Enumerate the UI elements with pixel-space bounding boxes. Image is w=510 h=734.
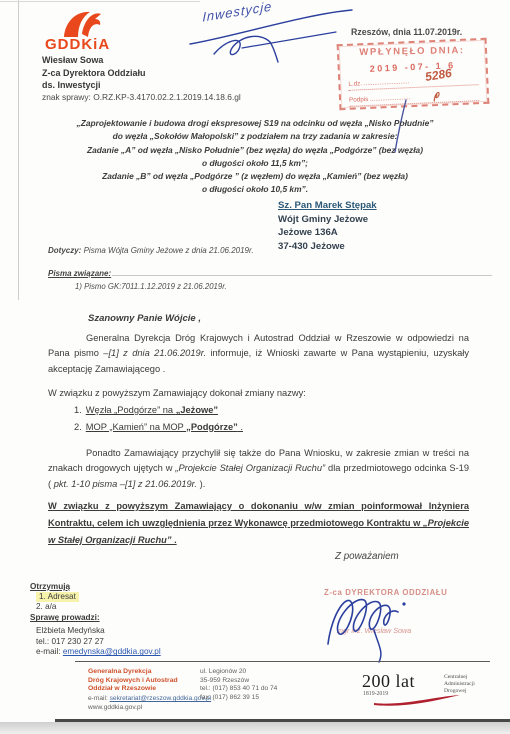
stamp-date: 2019 -07- 1 6 (340, 59, 486, 75)
addressee-city: 37-430 Jeżowe (278, 240, 377, 254)
footer-website: www.gddkia.gov.pl (88, 704, 211, 713)
subject-line: Zadanie „A” od węzła „Nisko Południe” (b… (25, 144, 485, 157)
anniversary-200lat: 200 lat (362, 671, 415, 692)
sender-block: Wiesław Sowa Z-ca Dyrektora Oddziału ds.… (42, 54, 146, 92)
footer-org-line: Dróg Krajowych i Autostrad (88, 677, 178, 686)
stamp-podpis-row: Podpis ....................... (349, 91, 479, 107)
footer-address-line: 35-959 Rzeszów (200, 677, 277, 686)
closing-phrase: Z poważaniem (335, 551, 399, 562)
handler-email-line: e-mail: emedynska@gddkia.gov.pl (36, 647, 161, 657)
footer-address-block: ul. Legionów 20 35-959 Rzeszów tel.: (01… (200, 668, 277, 702)
list-text: . (238, 422, 243, 432)
sender-department: ds. Inwestycji (42, 79, 146, 92)
divider (112, 275, 492, 276)
handler-phone: tel.: 017 230 27 27 (36, 637, 161, 647)
footer-address-line: ul. Legionów 20 (200, 668, 277, 677)
paragraph-quote: „Projekcie Stałej Organizacji Ruchu” (175, 463, 325, 473)
paragraph-text: . (171, 535, 176, 545)
footer-address-line: tel.: (017) 853 40 71 do 74 (200, 685, 277, 694)
list-number: 1. (74, 405, 82, 415)
distribution-block: Otrzymują 1. Adresat 2. a/a Sprawę prowa… (30, 582, 161, 658)
addressee-name: Sz. Pan Marek Stępak (278, 199, 377, 213)
gddkia-logo-icon (60, 7, 104, 37)
footer-email-link[interactable]: sekretariat@rzeszow.gddkia.gov.pl (110, 695, 212, 702)
case-reference: znak sprawy: O.RZ.KP-3.4170.02.2.1.2019.… (42, 92, 241, 102)
salutation: Szanowny Panie Wójcie , (88, 313, 201, 324)
distribution-item: 1. Adresat (36, 592, 79, 602)
subject-line: o długości około 11,5 km”; (25, 157, 485, 170)
footer-email-line: e-mail: sekretariat@rzeszow.gddkia.gov.p… (88, 695, 211, 704)
distribution-heading: Otrzymują (30, 582, 161, 591)
addressee-title: Wójt Gminy Jeżowe (278, 213, 377, 227)
footer-org-line: Generalna Dyrekcja (88, 668, 178, 677)
case-handler-heading: Sprawę prowadzi: (30, 613, 161, 622)
related-letters-heading: Pisma związane: (48, 269, 111, 278)
sender-title: Z-ca Dyrektora Oddziału (42, 67, 146, 80)
paragraph-text: W związku z powyższym Zamawiający o doko… (48, 501, 469, 528)
gddkia-logo-text: GDDKiA (45, 36, 110, 53)
footer-org-contact: e-mail: sekretariat@rzeszow.gddkia.gov.p… (88, 695, 211, 712)
signature-scribble-icon (312, 582, 442, 664)
paragraph-4-emphasized: W związku z powyższym Zamawiający o doko… (48, 498, 469, 549)
regarding-text: Pisma Wójta Gminy Jeżowe z dnia 21.06.20… (84, 246, 254, 255)
scanned-letter-page: GDDKiA Wiesław Sowa Z-ca Dyrektora Oddzi… (0, 0, 510, 734)
anniversary-caption: Centralnej Administracji Drogowej (444, 674, 475, 695)
footer-divider (75, 661, 490, 662)
paragraph-reference: –[1] z dnia 21.06.2019r. (103, 348, 206, 358)
scan-edge (0, 1, 200, 2)
letter-date: Rzeszów, dnia 11.07.2019r. (351, 27, 462, 37)
related-letter-item: 1) Pismo GK:7011.1.12.2019 z 21.06.2019r… (75, 282, 227, 291)
anniversary-logo: 200 lat 1819-2019 Centralnej Administrac… (340, 671, 500, 713)
paragraph-3: Ponadto Zamawiający przychylił się także… (48, 446, 469, 492)
subject-line: o długości około 10,5 km”. (25, 183, 485, 196)
subject-line: Zadanie „B” od węzła „Podgórze ” (z węzł… (25, 170, 485, 183)
handwritten-number: 5286 (424, 66, 453, 84)
paragraph-reference: pkt. 1-10 pisma –[1] z 21.06.2019r. (54, 479, 197, 489)
handwritten-initial-icon (431, 89, 446, 104)
subject-line: „Zaprojektowanie i budowa drogi ekspreso… (25, 117, 485, 130)
stamp-title: WPŁYNĘŁO DNIA: (339, 45, 485, 59)
paragraph-text: ). (197, 479, 205, 489)
scan-edge (18, 0, 19, 300)
handwritten-annotation: Inwestycje (186, 0, 356, 66)
handler-email-link[interactable]: emedynska@gddkia.gov.pl (63, 647, 161, 656)
anniversary-swoosh-icon (374, 694, 462, 706)
footer-org-line: Oddział w Rzeszowie (88, 685, 178, 694)
regarding-label: Dotyczy: (48, 246, 81, 255)
list-text-bold: „Jeżowe” (176, 405, 218, 415)
regarding-line: Dotyczy: Pisma Wójta Gminy Jeżowe z dnia… (48, 246, 254, 255)
stamp-ldz-row: L.dz. .......................... 5286 (348, 75, 478, 91)
sender-name: Wiesław Sowa (42, 54, 146, 67)
anniversary-caption-line: Centralnej (444, 674, 475, 681)
list-text: MOP „Kamień” na MOP (86, 422, 186, 432)
subject-line: do węzła „Sokołów Małopolski” z podziałe… (25, 130, 485, 143)
list-text: Węzła „Podgórze” na (86, 405, 176, 415)
handler-email-label: e-mail: (36, 647, 63, 656)
footer-email-label: e-mail: (88, 695, 110, 702)
case-handler-details: Elżbieta Medyńska tel.: 017 230 27 27 e-… (36, 626, 161, 657)
footer-address-line: fax: (017) 862 39 15 (200, 694, 277, 703)
subject-block: „Zaprojektowanie i budowa drogi ekspreso… (25, 117, 485, 197)
list-item: 2.MOP „Kamień” na MOP „Podgórze” . (74, 419, 243, 436)
list-text-bold: „Podgórze” (186, 422, 238, 432)
list-item: 1.Węzła „Podgórze” na „Jeżowe” (74, 402, 243, 419)
addressee-block: Sz. Pan Marek Stępak Wójt Gminy Jeżowe J… (278, 199, 377, 253)
footer-org-block: Generalna Dyrekcja Dróg Krajowych i Auto… (88, 668, 178, 694)
stamp-ldz-label: L.dz. .......................... (348, 78, 409, 88)
list-number: 2. (74, 422, 82, 432)
addressee-street: Jeżowe 136A (278, 226, 377, 240)
anniversary-caption-line: Drogowej (444, 688, 475, 695)
received-stamp: WPŁYNĘŁO DNIA: 2019 -07- 1 6 L.dz. .....… (337, 38, 490, 110)
anniversary-caption-line: Administracji (444, 681, 475, 688)
paragraph-2-intro: W związku z powyższym Zamawiający dokona… (48, 388, 306, 398)
scan-edge (0, 722, 510, 734)
handler-name: Elżbieta Medyńska (36, 626, 161, 636)
paragraph-1: Generalna Dyrekcja Dróg Krajowych i Auto… (48, 331, 469, 377)
name-change-list: 1.Węzła „Podgórze” na „Jeżowe” 2.MOP „Ka… (74, 402, 243, 435)
distribution-item: 2. a/a (36, 602, 161, 612)
